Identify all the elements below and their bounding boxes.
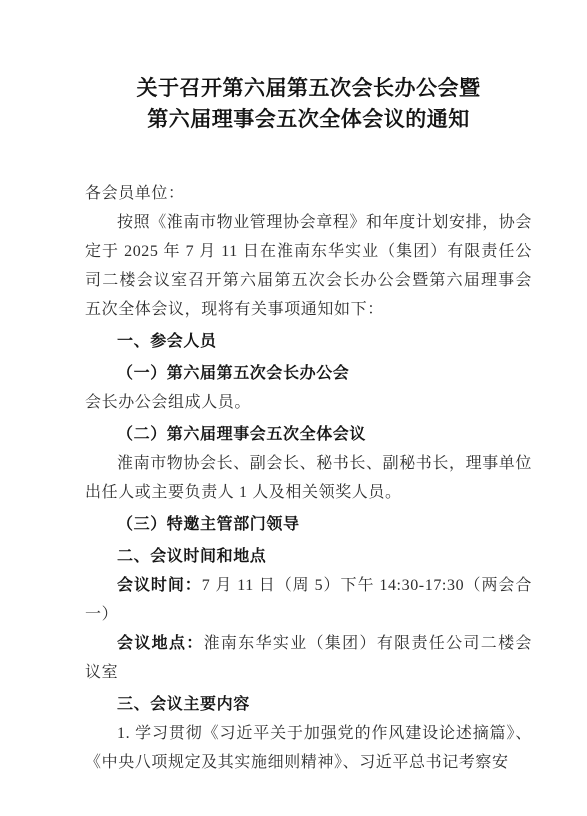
document-page: 关于召开第六届第五次会长办公会暨 第六届理事会五次全体会议的通知 各会员单位： … — [0, 0, 587, 816]
meeting-time-label: 会议时间： — [117, 577, 202, 594]
section-2-heading: 二、会议时间和地点 — [85, 542, 532, 571]
meeting-time-paragraph: 会议时间：7 月 11 日（周 5）下午 14:30-17:30（两会合一） — [85, 571, 532, 629]
section-3-item-1: 1. 学习贯彻《习近平关于加强党的作风建设论述摘篇》、《中央八项规定及其实施细则… — [85, 719, 532, 777]
section-1-1-heading: （一）第六届第五次会长办公会 — [85, 359, 532, 388]
document-title: 关于召开第六届第五次会长办公会暨 第六届理事会五次全体会议的通知 — [85, 73, 532, 135]
section-1-heading: 一、参会人员 — [85, 327, 532, 356]
document-title-line-1: 关于召开第六届第五次会长办公会暨 — [137, 76, 481, 100]
section-1-2-body: 淮南市物协会长、副会长、秘书长、副秘书长，理事单位出任人或主要负责人 1 人及相… — [85, 449, 532, 507]
section-3-heading: 三、会议主要内容 — [85, 690, 532, 719]
section-1-2-heading: （二）第六届理事会五次全体会议 — [85, 420, 532, 449]
document-title-line-2: 第六届理事会五次全体会议的通知 — [147, 107, 470, 131]
meeting-place-label: 会议地点： — [117, 635, 204, 652]
intro-paragraph: 按照《淮南市物业管理协会章程》和年度计划安排，协会定于 2025 年 7 月 1… — [85, 208, 532, 324]
section-1-1-body: 会长办公会组成人员。 — [85, 388, 532, 417]
salutation: 各会员单位： — [85, 179, 532, 208]
section-1-3-heading: （三）特邀主管部门领导 — [85, 510, 532, 539]
meeting-place-paragraph: 会议地点：淮南东华实业（集团）有限责任公司二楼会议室 — [85, 629, 532, 687]
